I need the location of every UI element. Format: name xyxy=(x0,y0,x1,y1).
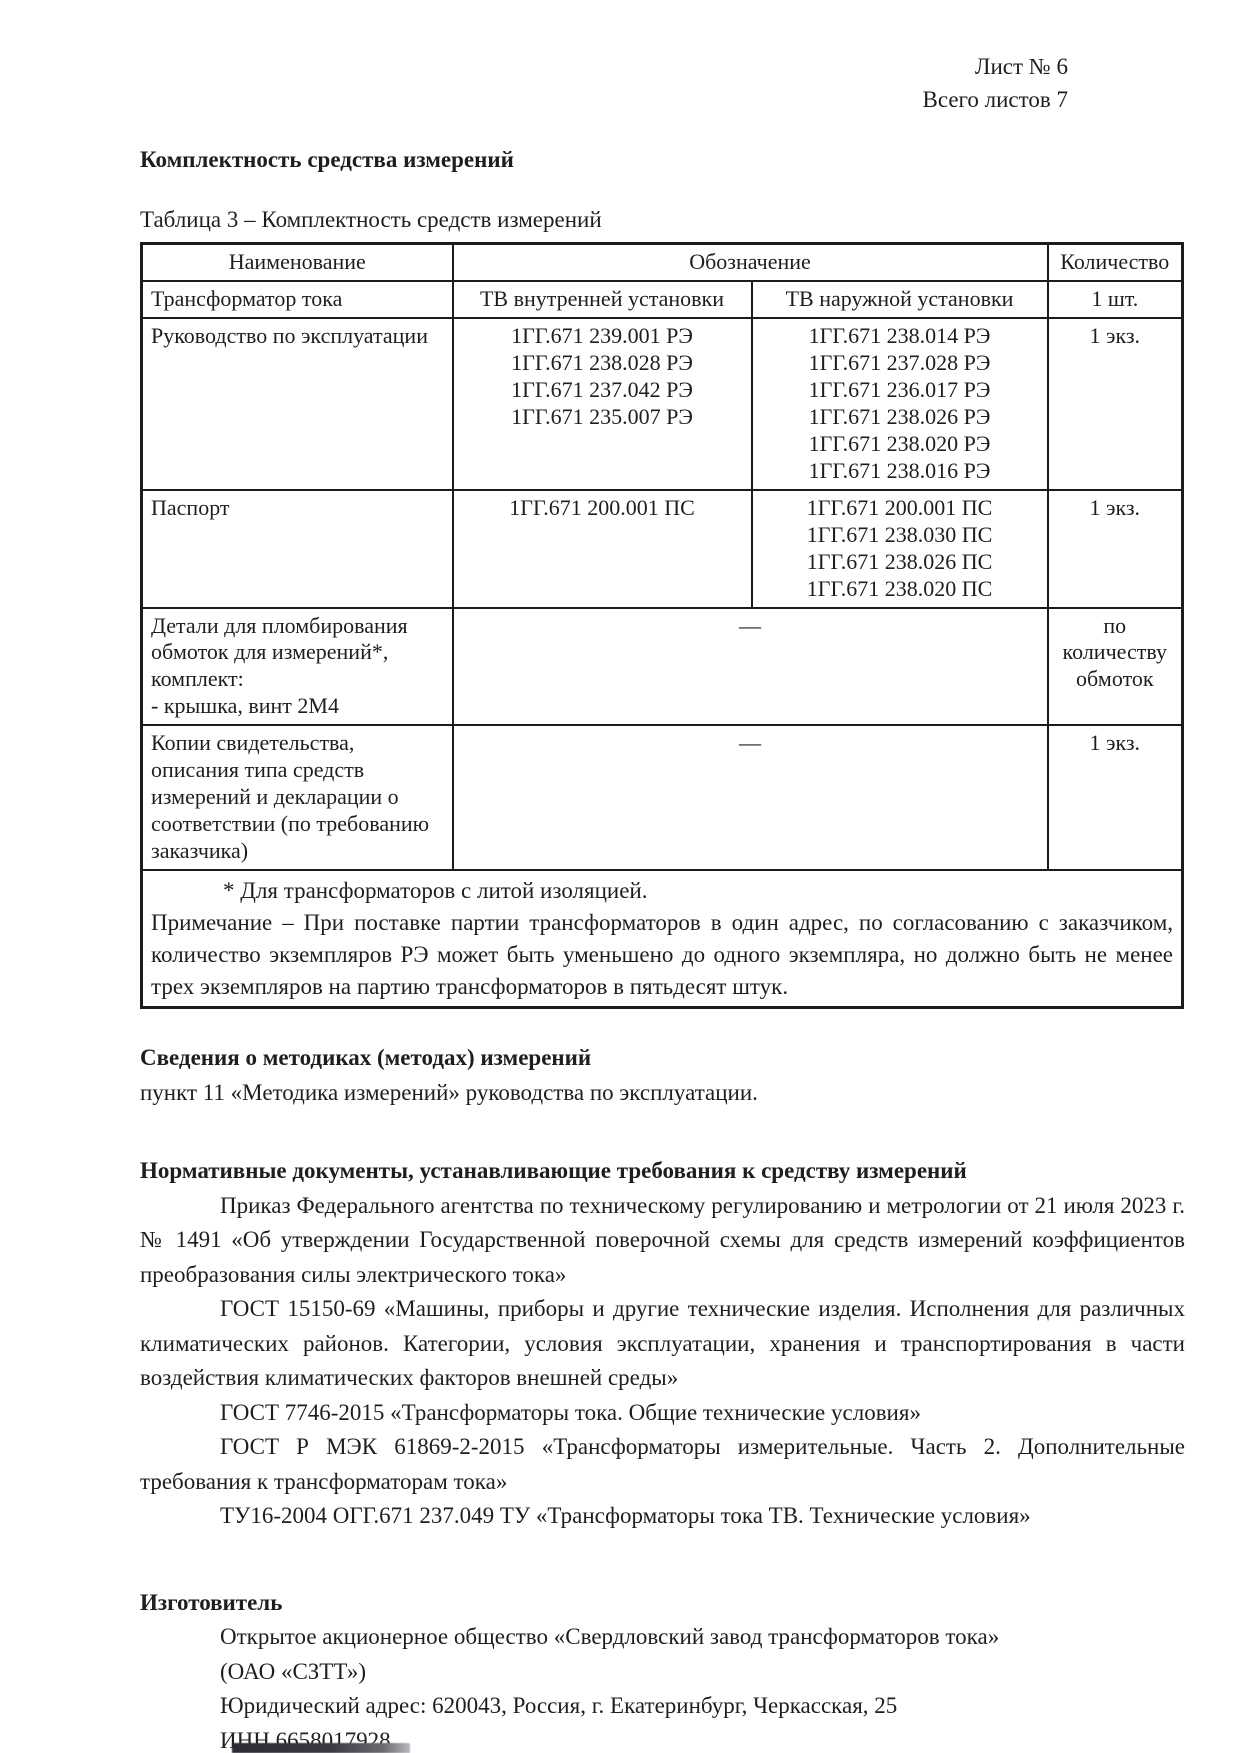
normative-paragraph: ТУ16-2004 ОГГ.671 237.049 ТУ «Трансформа… xyxy=(140,1499,1185,1534)
table-row-sealing-parts: Детали для пломбирования обмоток для изм… xyxy=(142,608,1183,726)
table-caption: Таблица 3 – Комплектность средств измере… xyxy=(140,203,1185,238)
section-normative: Нормативные документы, устанавливающие т… xyxy=(140,1154,1185,1534)
cell-quantity: 1 экз. xyxy=(1048,490,1183,608)
section-methods: Сведения о методиках (методах) измерений… xyxy=(140,1041,1185,1110)
normative-paragraph: Приказ Федерального агентства по техниче… xyxy=(140,1189,1185,1293)
page-content: Комплектность средства измерений Таблица… xyxy=(140,143,1185,1753)
cell-name: Паспорт xyxy=(142,490,453,608)
methods-body: пункт 11 «Методика измерений» руководств… xyxy=(140,1076,1185,1111)
page-header: Лист № 6 Всего листов 7 xyxy=(0,0,1068,117)
cell-name: Детали для пломбирования обмоток для изм… xyxy=(142,608,453,726)
table-notes-row: * Для трансформаторов с литой изоляцией.… xyxy=(142,870,1183,1007)
cell-name: Трансформатор тока xyxy=(142,281,453,318)
cell-outdoor: 1ГГ.671 238.014 РЭ 1ГГ.671 237.028 РЭ 1Г… xyxy=(752,318,1048,490)
completeness-heading: Комплектность средства измерений xyxy=(140,143,1185,178)
cell-designation-dash: — xyxy=(453,725,1048,870)
table-row-passport: Паспорт 1ГГ.671 200.001 ПС 1ГГ.671 200.0… xyxy=(142,490,1183,608)
document-page: Лист № 6 Всего листов 7 Комплектность ср… xyxy=(0,0,1240,1753)
normative-paragraph: ГОСТ Р МЭК 61869-2-2015 «Трансформаторы … xyxy=(140,1430,1185,1499)
scan-artifact xyxy=(232,1743,410,1753)
cell-indoor: ТВ внутренней установки xyxy=(453,281,752,318)
methods-heading: Сведения о методиках (методах) измерений xyxy=(140,1041,1185,1076)
cell-quantity: 1 шт. xyxy=(1048,281,1183,318)
cell-quantity: 1 экз. xyxy=(1048,725,1183,870)
cell-name: Копии свидетельства, описания типа средс… xyxy=(142,725,453,870)
total-sheets: Всего листов 7 xyxy=(0,83,1068,116)
table-note: Примечание – При поставке партии трансфо… xyxy=(151,907,1173,1002)
cell-indoor: 1ГГ.671 200.001 ПС xyxy=(453,490,752,608)
cell-indoor: 1ГГ.671 239.001 РЭ 1ГГ.671 238.028 РЭ 1Г… xyxy=(453,318,752,490)
table-notes-cell: * Для трансформаторов с литой изоляцией.… xyxy=(142,870,1183,1007)
manufacturer-line: (ОАО «СЗТТ») xyxy=(140,1655,1185,1690)
cell-name: Руководство по эксплуатации xyxy=(142,318,453,490)
col-header-quantity: Количество xyxy=(1048,243,1183,280)
manufacturer-heading: Изготовитель xyxy=(140,1586,1185,1621)
completeness-table: Наименование Обозначение Количество Тран… xyxy=(140,242,1184,1010)
table-footnote: * Для трансформаторов с литой изоляцией. xyxy=(151,875,1173,907)
section-manufacturer: Изготовитель Открытое акционерное общест… xyxy=(140,1586,1185,1753)
table-row-certificate-copies: Копии свидетельства, описания типа средс… xyxy=(142,725,1183,870)
table-row-transformer: Трансформатор тока ТВ внутренней установ… xyxy=(142,281,1183,318)
cell-outdoor: ТВ наружной установки xyxy=(752,281,1048,318)
cell-quantity: по количеству обмоток xyxy=(1048,608,1183,726)
col-header-name: Наименование xyxy=(142,243,453,280)
cell-outdoor: 1ГГ.671 200.001 ПС 1ГГ.671 238.030 ПС 1Г… xyxy=(752,490,1048,608)
col-header-designation: Обозначение xyxy=(453,243,1048,280)
normative-paragraph: ГОСТ 7746-2015 «Трансформаторы тока. Общ… xyxy=(140,1396,1185,1431)
cell-quantity: 1 экз. xyxy=(1048,318,1183,490)
table-row-manual: Руководство по эксплуатации 1ГГ.671 239.… xyxy=(142,318,1183,490)
manufacturer-line: Открытое акционерное общество «Свердловс… xyxy=(140,1620,1185,1655)
normative-paragraph: ГОСТ 15150-69 «Машины, приборы и другие … xyxy=(140,1292,1185,1396)
cell-designation-dash: — xyxy=(453,608,1048,726)
normative-heading: Нормативные документы, устанавливающие т… xyxy=(140,1154,1185,1189)
table-header-row: Наименование Обозначение Количество xyxy=(142,243,1183,280)
manufacturer-line: Юридический адрес: 620043, Россия, г. Ек… xyxy=(140,1689,1185,1724)
sheet-number: Лист № 6 xyxy=(0,50,1068,83)
